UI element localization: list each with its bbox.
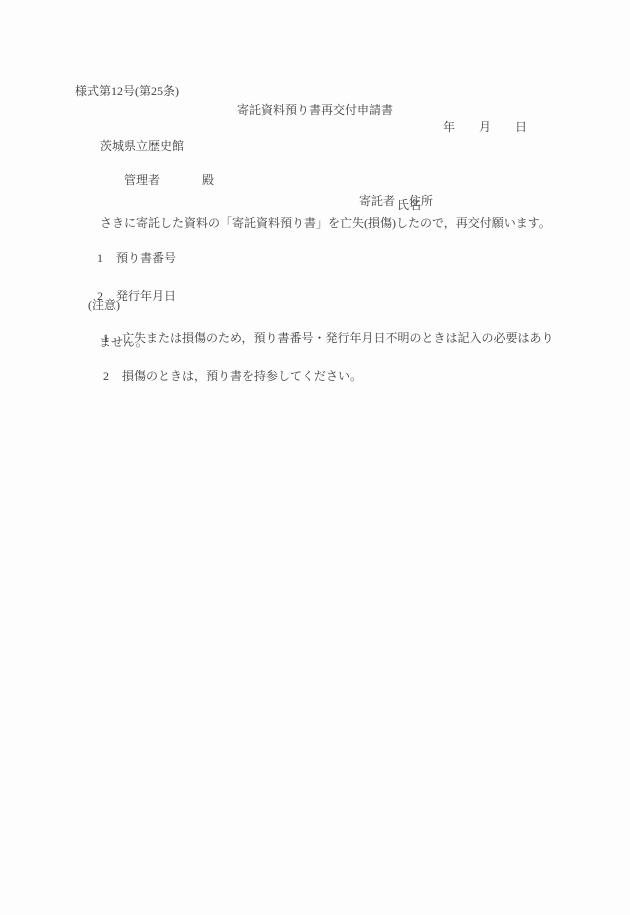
item-label: 預り書番号 [116,251,176,265]
addressee-honorific: 殿 [202,173,214,187]
applicant-label: 寄託者 [359,194,395,208]
date-line: 年 月 日 [443,120,527,135]
note-item-2-line-1: 2損傷のときは，預り書を持参してください。 [91,354,362,399]
item-label: 発行年月日 [116,289,176,303]
note-item-1-line-2: ません。 [99,335,148,350]
addressee-role-line: 管理者殿 [112,158,214,203]
document-title: 寄託資料預り書再交付申請書 [0,103,630,118]
form-number: 様式第12号(第25条) [75,84,179,99]
item-number: 1 [97,251,103,265]
note-text: 損傷のときは，預り書を持参してください。 [122,369,362,383]
note-number: 2 [103,369,109,383]
notes-heading: (注意) [88,298,120,313]
addressee-role: 管理者 [124,173,160,187]
document-page: 様式第12号(第25条) 寄託資料預り書再交付申請書 年 月 日 茨城県立歴史館… [0,0,630,915]
addressee-organization: 茨城県立歴史館 [100,139,184,154]
body-sentence: さきに寄託した資料の「寄託資料預り書」を亡失(損傷)したので，再交付願います。 [100,216,551,231]
applicant-name-label: 氏名 [397,198,421,213]
note-text: 亡失または損傷のため，預り書番号・発行年月日不明のときは記入の必要はあり [122,331,554,345]
